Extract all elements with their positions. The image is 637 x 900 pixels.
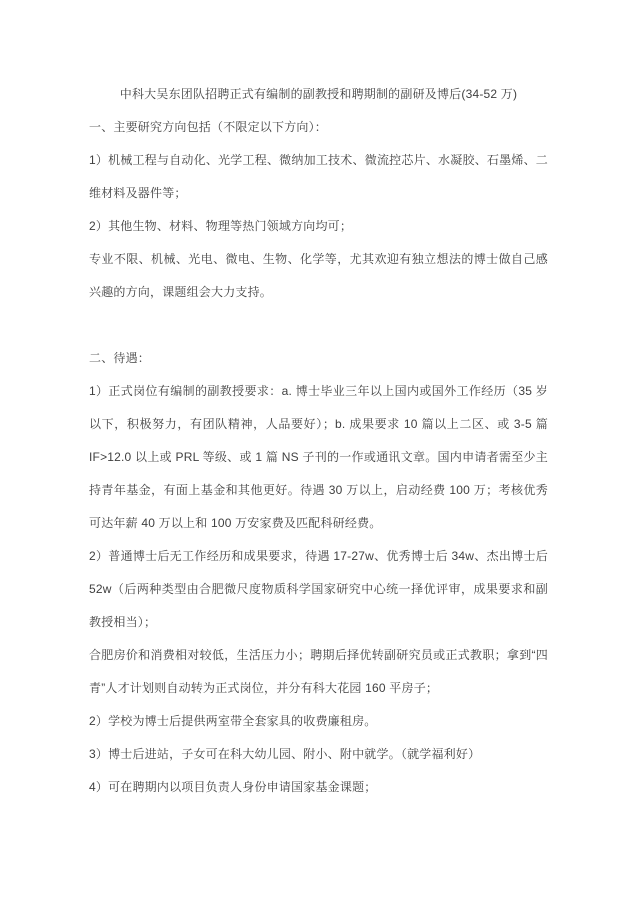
para-treatment-item-2b: 合肥房价和消费相对较低，生活压力小；聘期后择优转副研究员或正式教职；拿到“四青”… bbox=[89, 639, 548, 705]
para-research-note: 专业不限、机械、光电、微电、生物、化学等，尤其欢迎有独立想法的博士做自己感兴趣的… bbox=[89, 243, 548, 309]
para-treatment-item-4: 3）博士后进站，子女可在科大幼儿园、附小、附中就学。（就学福利好） bbox=[89, 738, 548, 771]
para-research-item-2: 2）其他生物、材料、物理等热门领域方向均可； bbox=[89, 210, 548, 243]
para-research-heading: 一、主要研究方向包括（不限定以下方向）： bbox=[89, 111, 548, 144]
document-title: 中科大吴东团队招聘正式有编制的副教授和聘期制的副研及博后(34-52 万) bbox=[89, 78, 548, 111]
para-treatment-heading: 二、待遇： bbox=[89, 342, 548, 375]
para-treatment-item-5: 4）可在聘期内以项目负责人身份申请国家基金课题； bbox=[89, 771, 548, 804]
para-research-item-1: 1）机械工程与自动化、光学工程、微纳加工技术、微流控芯片、水凝胶、石墨烯、二维材… bbox=[89, 144, 548, 210]
para-treatment-item-1: 1）正式岗位有编制的副教授要求：a. 博士毕业三年以上国内或国外工作经历（35 … bbox=[89, 375, 548, 540]
para-treatment-item-2: 2）普通博士后无工作经历和成果要求，待遇 17-27w、优秀博士后 34w、杰出… bbox=[89, 540, 548, 639]
document-page: 中科大吴东团队招聘正式有编制的副教授和聘期制的副研及博后(34-52 万) 一、… bbox=[0, 0, 637, 900]
blank-line-spacer bbox=[89, 309, 548, 342]
para-treatment-item-3: 2）学校为博士后提供两室带全套家具的收费廉租房。 bbox=[89, 705, 548, 738]
